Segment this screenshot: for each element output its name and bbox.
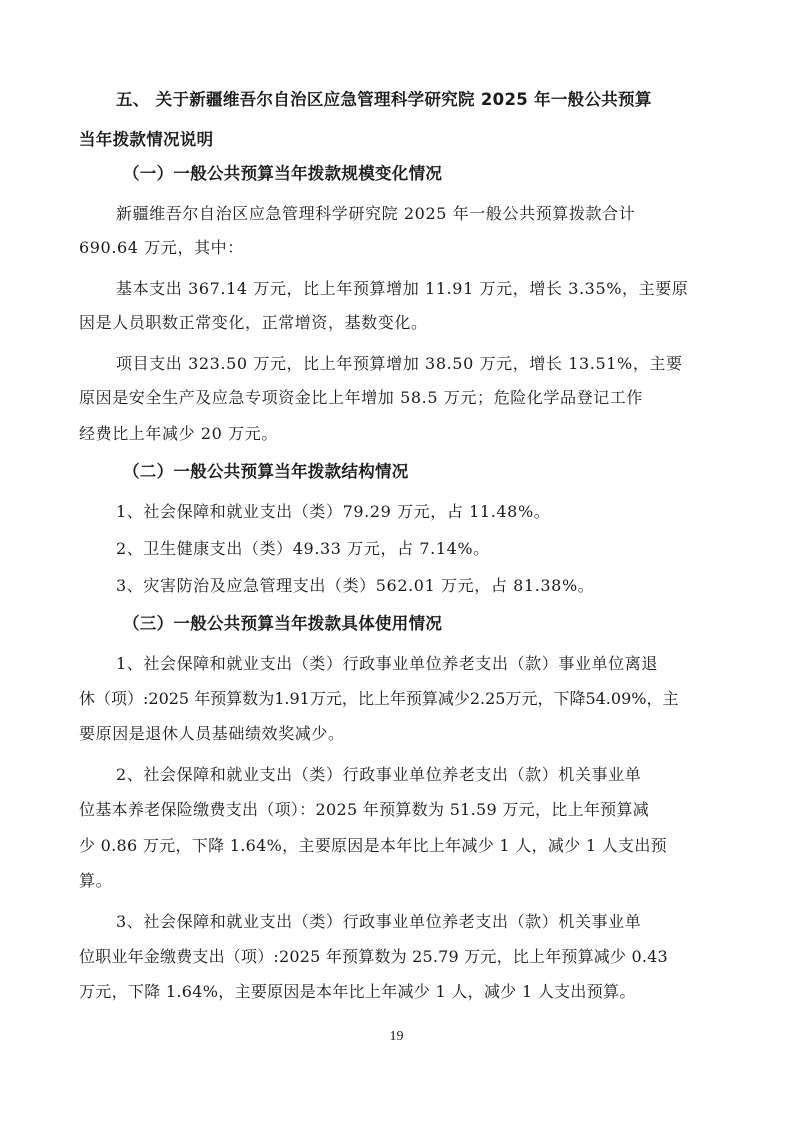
- paragraph-text: 新疆维吾尔自治区应急管理科学研究院 2025 年一般公共预算拨款合计: [116, 204, 635, 224]
- page-number: 19: [0, 1029, 793, 1045]
- subsection-heading-1: （一）一般公共预算当年拨款规模变化情况: [123, 164, 442, 184]
- paragraph-text: 2、社会保障和就业支出（类）行政事业单位养老支出（款）机关事业单: [116, 765, 641, 785]
- paragraph-text: 位职业年金缴费支出（项）:2025 年预算数为 25.79 万元，比上年预算减少…: [79, 947, 668, 967]
- paragraph-text: 基本支出 367.14 万元，比上年预算增加 11.91 万元，增长 3.35%…: [116, 279, 688, 299]
- subsection-heading-3: （三）一般公共预算当年拨款具体使用情况: [123, 614, 442, 634]
- subsection-heading-2: （二）一般公共预算当年拨款结构情况: [123, 462, 409, 482]
- paragraph-text: 位基本养老保险缴费支出（项）：2025 年预算数为 51.59 万元，比上年预算…: [79, 800, 649, 820]
- list-item: 3、灾害防治及应急管理支出（类）562.01 万元，占 81.38%。: [116, 576, 594, 596]
- paragraph-text: 算。: [79, 871, 112, 891]
- paragraph-text: 原因是安全生产及应急专项资金比上年增加 58.5 万元；危险化学品登记工作: [79, 388, 643, 408]
- paragraph-text: 3、社会保障和就业支出（类）行政事业单位养老支出（款）机关事业单: [116, 912, 641, 932]
- paragraph-text: 要原因是退休人员基础绩效奖减少。: [79, 724, 345, 744]
- paragraph-text: 经费比上年减少 20 万元。: [79, 424, 278, 444]
- list-item: 2、卫生健康支出（类）49.33 万元，占 7.14%。: [116, 539, 490, 559]
- paragraph-text: 休（项）:2025 年预算数为1.91万元，比上年预算减少2.25万元，下降54…: [79, 689, 678, 709]
- paragraph-text: 少 0.86 万元，下降 1.64%，主要原因是本年比上年减少 1 人，减少 1…: [79, 836, 667, 856]
- paragraph-text: 万元，下降 1.64%，主要原因是本年比上年减少 1 人，减少 1 人支出预算。: [79, 982, 636, 1002]
- list-item: 1、社会保障和就业支出（类）79.29 万元，占 11.48%。: [116, 502, 550, 522]
- paragraph-text: 项目支出 323.50 万元，比上年预算增加 38.50 万元，增长 13.51…: [116, 354, 683, 374]
- paragraph-text: 1、社会保障和就业支出（类）行政事业单位养老支出（款）事业单位离退: [116, 654, 658, 674]
- section-title-line-2: 当年拨款情况说明: [79, 130, 213, 150]
- section-title-line-1: 五、 关于新疆维吾尔自治区应急管理科学研究院 2025 年一般公共预算: [116, 90, 652, 110]
- paragraph-text: 690.64 万元，其中：: [79, 238, 244, 258]
- paragraph-text: 因是人员职数正常变化，正常增资，基数变化。: [79, 313, 428, 333]
